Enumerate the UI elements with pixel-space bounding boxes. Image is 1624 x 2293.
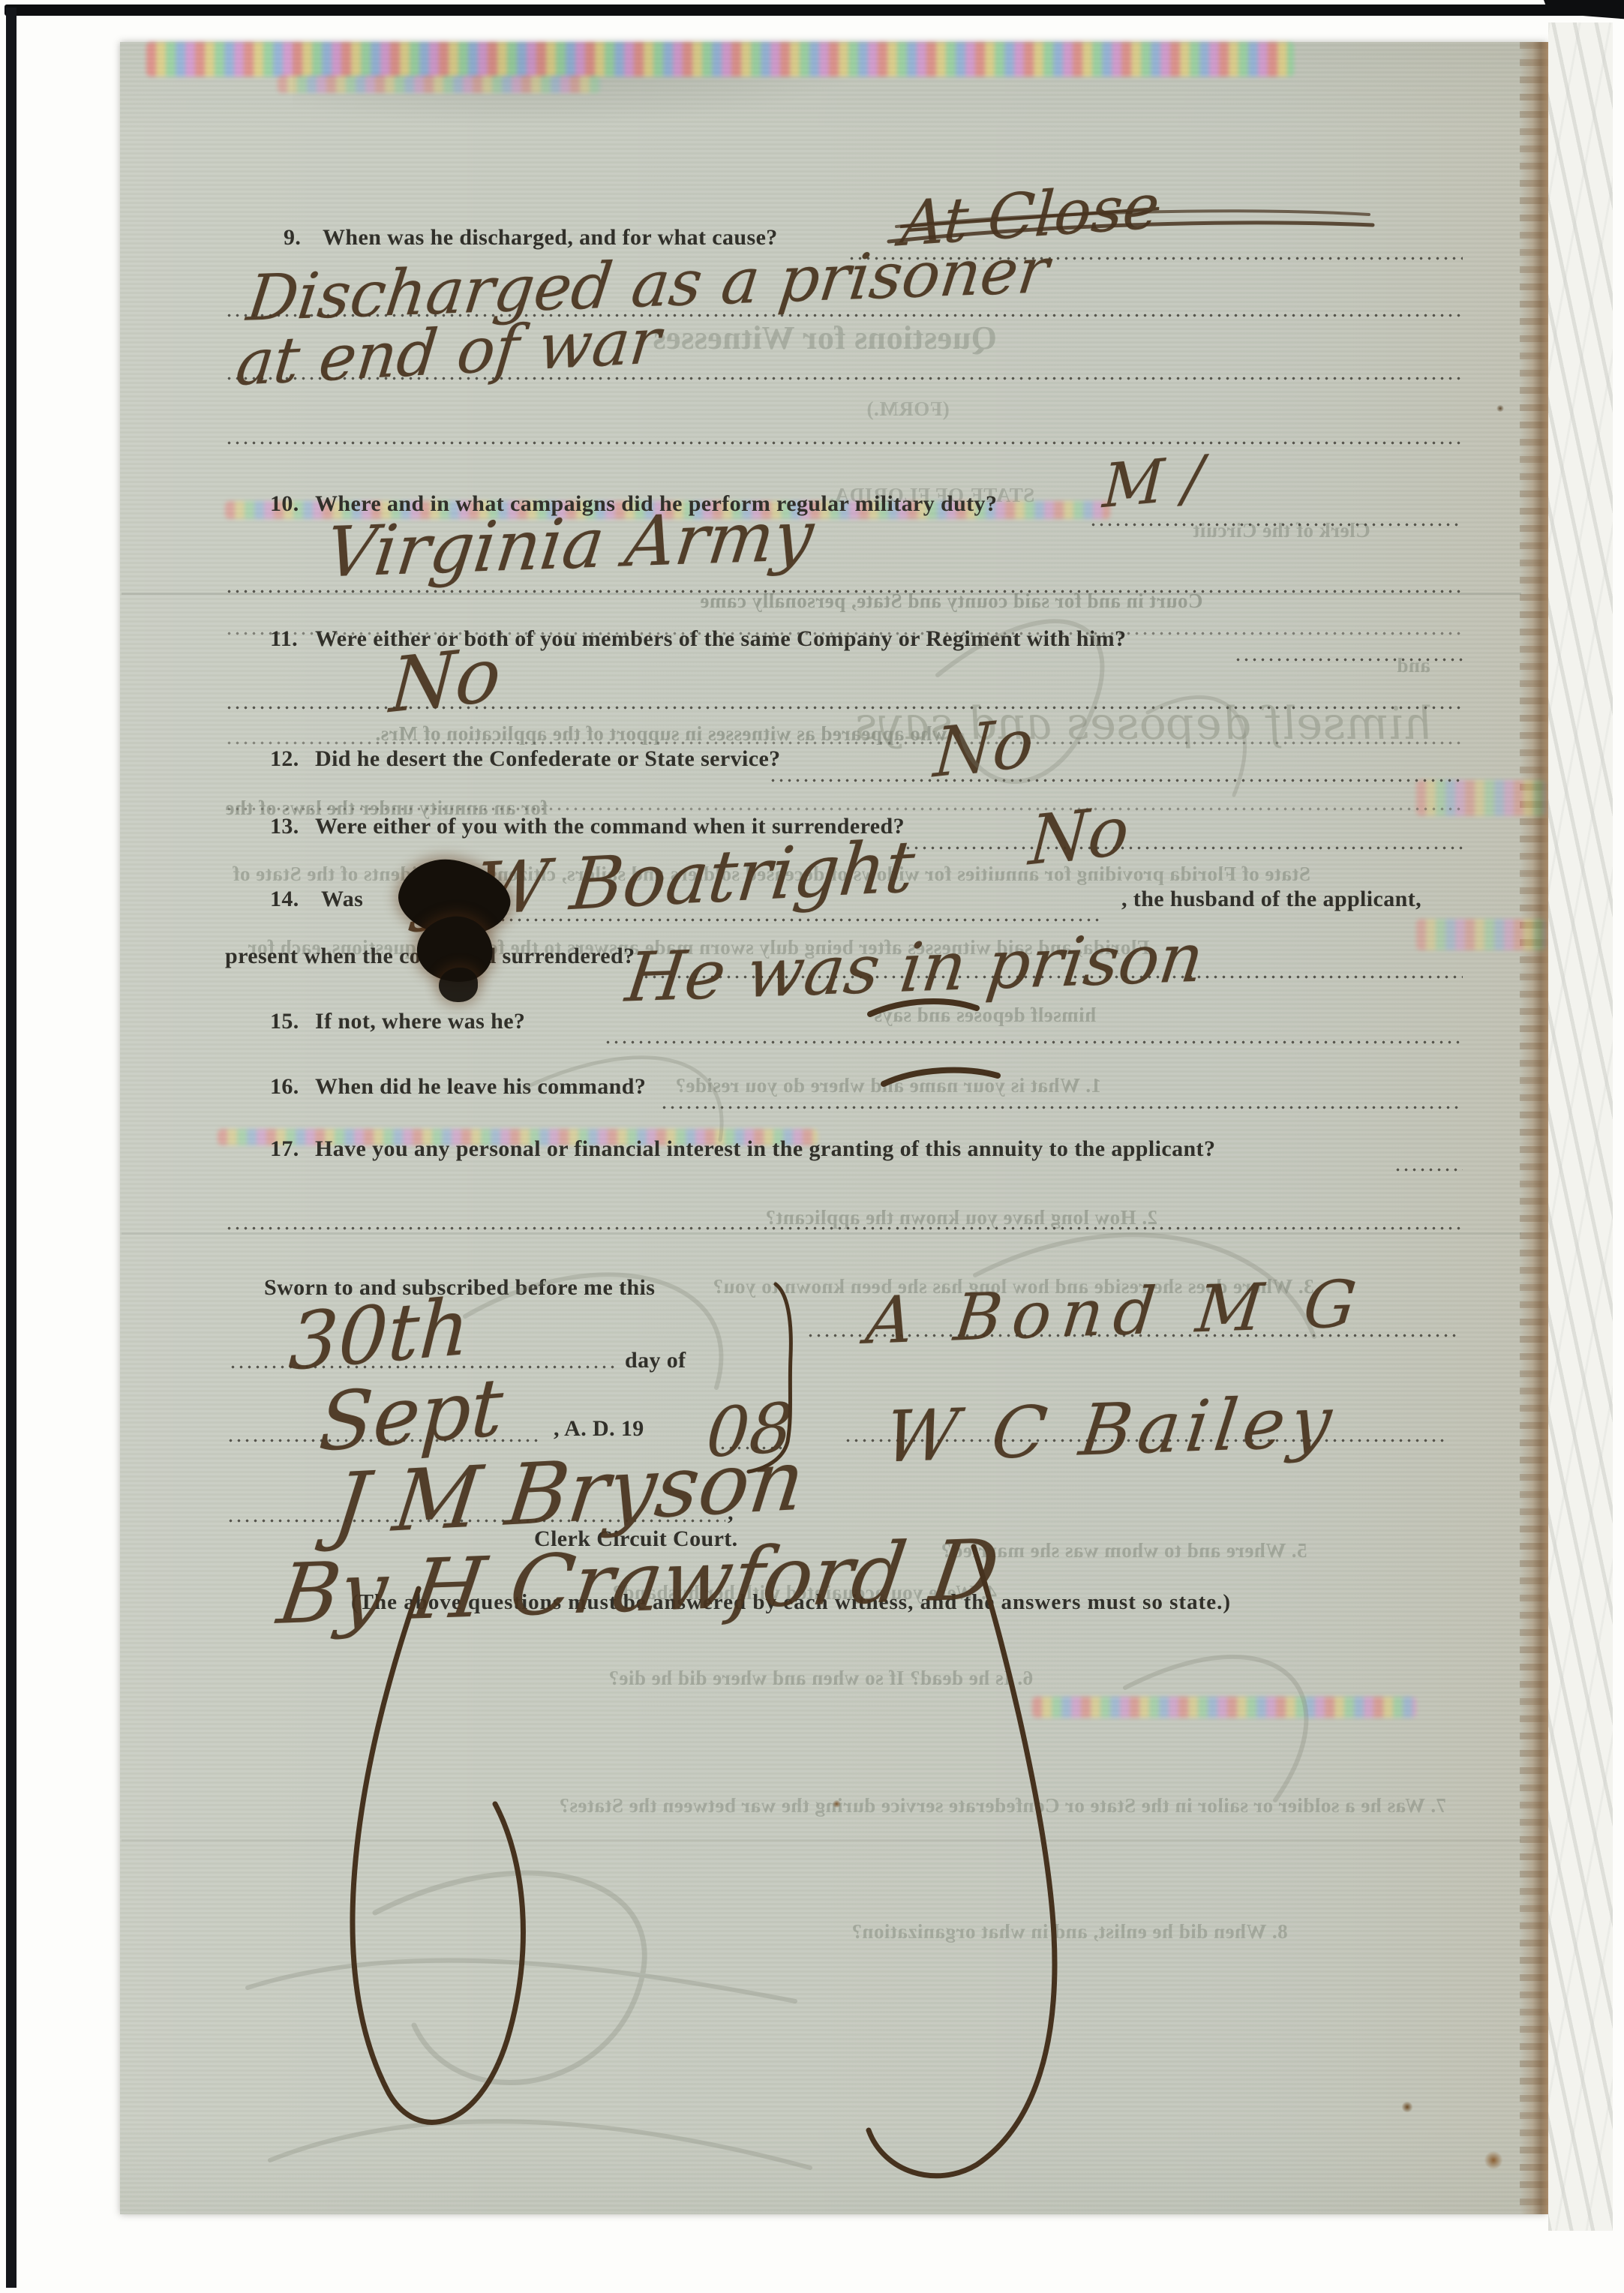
scanner-left-edge (6, 8, 17, 2288)
fold-crease (122, 1839, 1521, 1841)
question-16-number: 16. (270, 1074, 299, 1100)
witness-signature-2: W C Bailey (880, 1381, 1341, 1479)
question-17-text: Have you any personal or financial inter… (315, 1136, 1215, 1162)
bleedthrough-line: (FORM.) (866, 398, 950, 421)
dotted-line (904, 846, 1463, 850)
rainbow-artifact (278, 75, 600, 93)
question-15-text: If not, where was he? (315, 1009, 525, 1034)
question-13-number: 13. (270, 814, 299, 839)
dotted-line (1234, 658, 1463, 662)
bleedthrough-line: 1. What is your name and where do you re… (675, 1074, 1101, 1097)
scanner-top-edge (5, 5, 1616, 16)
question-11-number: 11. (270, 626, 298, 652)
stain-spot (1401, 2102, 1413, 2112)
question-14-was: Was (321, 887, 363, 912)
dotted-line (1089, 523, 1463, 527)
dotted-line (769, 779, 1463, 782)
bleedthrough-line: 8. When did he enlist, and in what organ… (851, 1920, 1288, 1943)
handwritten-q11-answer: No (387, 630, 503, 731)
rainbow-artifact (1032, 1697, 1416, 1718)
question-15-number: 15. (270, 1009, 299, 1034)
dotted-line (225, 1226, 1464, 1230)
dotted-line (225, 807, 1464, 811)
question-12-number: 12. (270, 746, 299, 772)
bleedthrough-line: 7. Was he a soldier or sailor in the Sta… (559, 1794, 1446, 1817)
question-10-number: 10. (270, 491, 299, 517)
rainbow-artifact (1416, 919, 1545, 950)
dotted-line (225, 590, 1464, 593)
bleedthrough-line: Questions for Witnesses (653, 319, 997, 357)
plastic-sleeve-edge (1548, 23, 1613, 2231)
question-9-number: 9. (284, 225, 301, 251)
rainbow-artifact (146, 42, 1294, 77)
handwritten-q12-answer: No (932, 703, 1037, 793)
bleedthrough-line: 6. Is he dead? If so when and where did … (608, 1667, 1033, 1690)
question-14-number: 14. (270, 887, 299, 912)
fold-crease (122, 1232, 1521, 1235)
jurat-day-of-label: day of (625, 1348, 686, 1373)
handwritten-q13-answer: No (1027, 791, 1132, 881)
dotted-line (660, 1106, 1463, 1109)
scanned-pension-witness-form: Questions for Witnesses (FORM.) STATE OF… (0, 0, 1624, 2293)
question-16-text: When did he leave his command? (315, 1074, 646, 1100)
dotted-line (604, 1040, 1463, 1044)
question-12-text: Did he desert the Confederate or State s… (315, 746, 781, 772)
stain-spot (833, 1800, 841, 1808)
handwritten-q10-inline-mark: M / (1101, 443, 1205, 521)
dotted-line (225, 741, 1464, 745)
jurat-ad-label: , A. D. 19 (554, 1416, 644, 1442)
stain-spot (1484, 2151, 1503, 2169)
dotted-line (225, 441, 1464, 445)
ink-blot (439, 968, 478, 1002)
paper-torn-edge (1520, 42, 1548, 2214)
dotted-line (1394, 1168, 1463, 1172)
question-17-number: 17. (270, 1136, 299, 1162)
stain-spot (1496, 405, 1504, 412)
question-14-after: , the husband of the applicant, (1121, 887, 1421, 912)
